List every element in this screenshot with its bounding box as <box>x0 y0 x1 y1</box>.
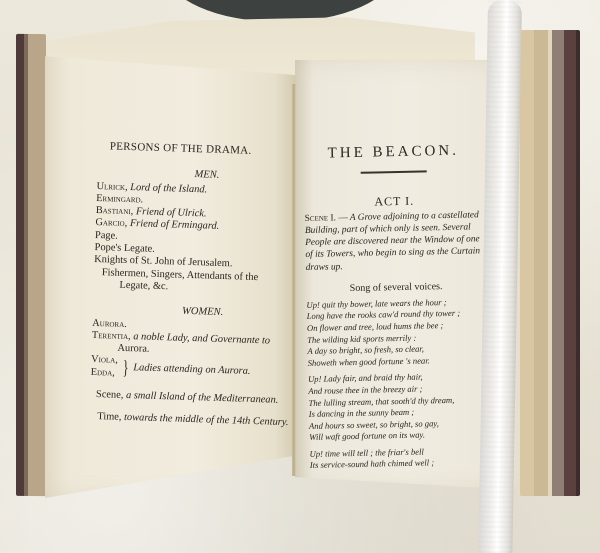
photo-scene: PERSONS OF THE DRAMA. MEN. Ulrick, Lord … <box>0 0 600 553</box>
song-title: Song of several voices. <box>306 280 486 296</box>
scene-description: Scene I. — A Grove adjoining to a castel… <box>305 209 486 273</box>
act-heading: ACT I. <box>304 193 484 209</box>
right-cover-board <box>520 30 580 496</box>
play-title: THE BEACON. <box>303 144 483 160</box>
bracket-description: Ladies attending on Aurora. <box>133 362 251 378</box>
left-cover-board <box>16 34 46 496</box>
play-opening: THE BEACON. ACT I. Scene I. — A Grove ad… <box>303 136 490 477</box>
character-viola: Viola, <box>91 354 118 367</box>
title-rule <box>361 171 427 174</box>
scene-setting: Scene, a small Island of the Mediterrane… <box>90 389 280 407</box>
dramatis-personae: PERSONS OF THE DRAMA. MEN. Ulrick, Lord … <box>89 140 288 429</box>
book-gutter <box>292 84 296 476</box>
song-stanza: Up! Lady fair, and braid thy hair, And r… <box>308 370 489 443</box>
brace-icon: } <box>122 358 128 378</box>
character-edda: Edda, <box>90 367 117 380</box>
song-stanza: Up! quit thy bower, late wears the hour … <box>306 296 487 369</box>
song-stanza: Up! time will tell ; the friar's bell It… <box>309 445 489 472</box>
bracketed-characters: Viola, Edda, } Ladies attending on Auror… <box>90 354 281 385</box>
